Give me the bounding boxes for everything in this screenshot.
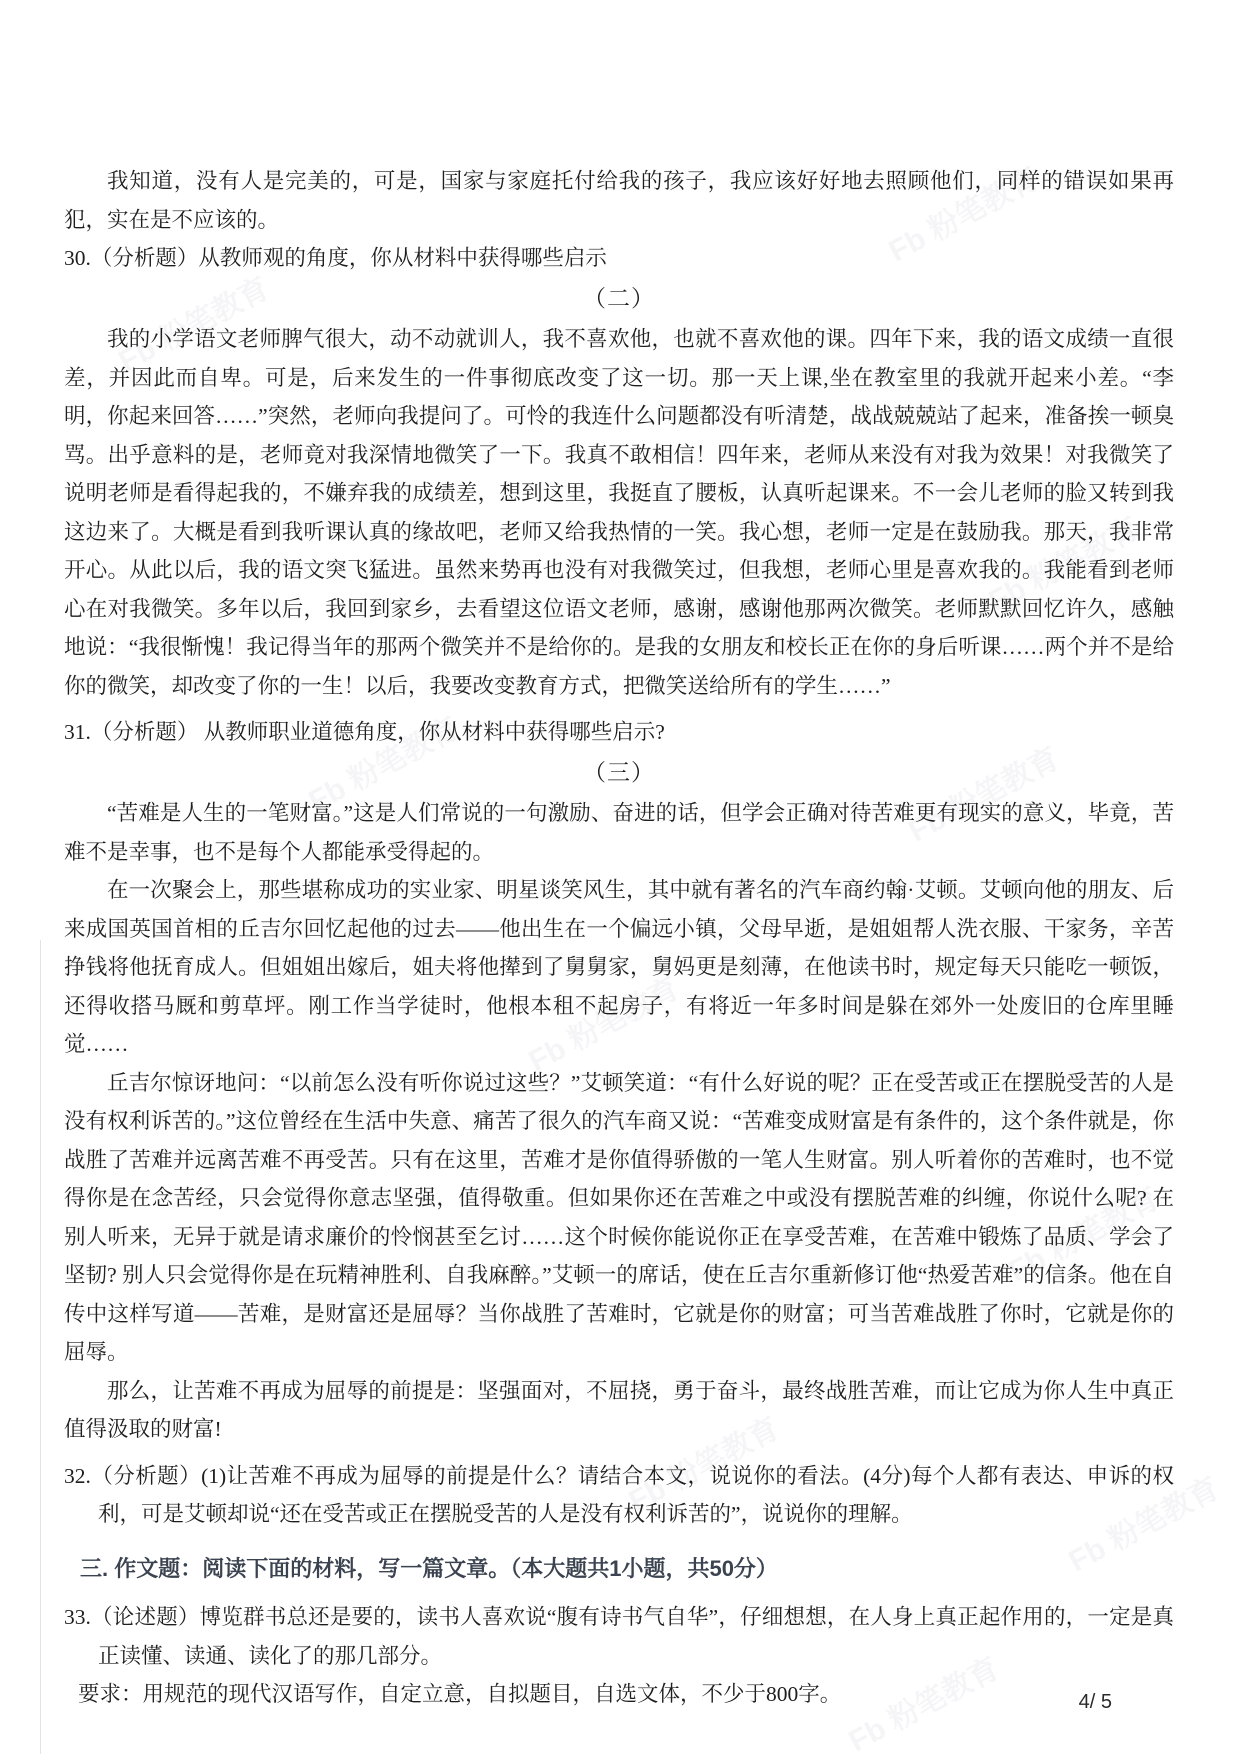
intro-paragraph: 我知道，没有人是完美的，可是，国家与家庭托付给我的孩子，我应该好好地去照顾他们，… — [64, 162, 1174, 239]
question-33-number: 33. — [64, 1605, 91, 1629]
question-32-text: （分析题）(1)让苦难不再成为屈辱的前提是什么？请结合本文，说说你的看法。(4分… — [91, 1464, 1174, 1527]
question-30-number: 30. — [64, 246, 91, 270]
question-30-text: （分析题）从教师观的角度，你从材料中获得哪些启示 — [91, 246, 607, 270]
section-3-paragraph-1: “苦难是人生的一笔财富。”这是人们常说的一句激励、奋进的话，但学会正确对待苦难更… — [64, 794, 1174, 871]
section-2-paragraph: 我的小学语文老师脾气很大，动不动就训人，我不喜欢他，也就不喜欢他的课。四年下来，… — [64, 320, 1174, 705]
question-33-text: （论述题）博览群书总还是要的，读书人喜欢说“腹有诗书气自华”，仔细想想，在人身上… — [91, 1605, 1174, 1668]
question-33-requirement: 要求：用规范的现代汉语写作，自定立意，自拟题目，自选文体，不少于800字。 — [64, 1675, 1174, 1714]
question-32: 32.（分析题）(1)让苦难不再成为屈辱的前提是什么？请结合本文，说说你的看法。… — [64, 1457, 1174, 1534]
essay-section-heading: 三. 作文题：阅读下面的材料，写一篇文章。（本大题共1小题，共50分） — [80, 1550, 1174, 1589]
question-32-number: 32. — [64, 1464, 91, 1488]
page-number: 4/ 5 — [1079, 1691, 1112, 1714]
question-31: 31.（分析题） 从教师职业道德角度，你从材料中获得哪些启示? — [64, 713, 1174, 752]
section-3-title: （三） — [64, 754, 1174, 793]
exam-content: 我知道，没有人是完美的，可是，国家与家庭托付给我的孩子，我应该好好地去照顾他们，… — [0, 0, 1240, 1714]
section-3-paragraph-3: 丘吉尔惊讶地问：“以前怎么没有听你说过这些？”艾顿笑道：“有什么好说的呢？正在受… — [64, 1064, 1174, 1372]
exam-page: Fb 粉笔教育 Fb 粉笔教育 Fb 粉笔教育 Fb 粉笔教育 Fb 粉笔教育 … — [0, 0, 1240, 1754]
question-31-text: （分析题） 从教师职业道德角度，你从材料中获得哪些启示? — [91, 720, 665, 744]
question-33: 33.（论述题）博览群书总还是要的，读书人喜欢说“腹有诗书气自华”，仔细想想，在… — [64, 1598, 1174, 1675]
section-3-paragraph-2: 在一次聚会上，那些堪称成功的实业家、明星谈笑风生，其中就有著名的汽车商约翰·艾顿… — [64, 871, 1174, 1064]
section-2-title: （二） — [64, 280, 1174, 319]
section-3-paragraph-4: 那么，让苦难不再成为屈辱的前提是：坚强面对，不屈挠，勇于奋斗，最终战胜苦难，而让… — [64, 1372, 1174, 1449]
question-31-number: 31. — [64, 720, 91, 744]
question-30: 30.（分析题）从教师观的角度，你从材料中获得哪些启示 — [64, 239, 1174, 278]
